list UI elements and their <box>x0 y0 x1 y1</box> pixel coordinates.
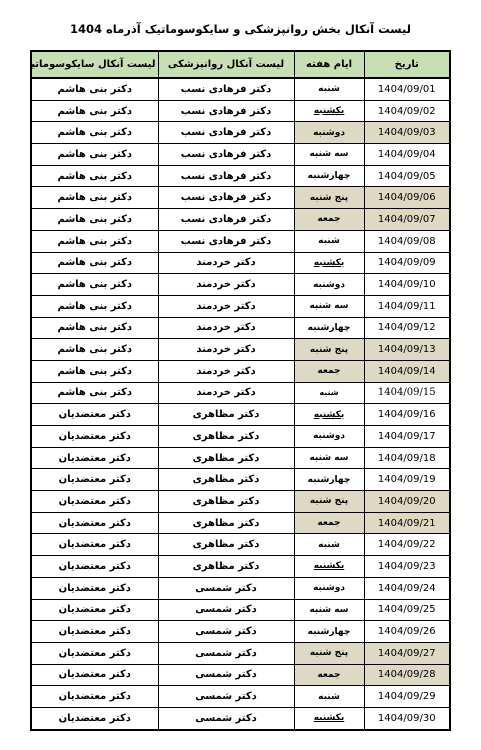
psychiatry-oncall-cell: دکتر خردمند <box>158 339 294 361</box>
date-cell: 1404/09/07 <box>364 209 450 231</box>
date-cell: 1404/09/20 <box>364 491 450 513</box>
table-row: 1404/09/14 جمعه دکتر خردمند دکتر بنی هاش… <box>31 360 450 382</box>
psychosomatic-oncall-cell: دکتر بنی هاشم <box>31 100 158 122</box>
psychiatry-oncall-cell: دکتر خردمند <box>158 274 294 296</box>
weekday-cell: پنج شنبه <box>294 339 364 361</box>
table-row: 1404/09/02 یکشنبه دکتر فرهادی نسب دکتر ب… <box>31 100 450 122</box>
table-row: 1404/09/19 چهارشنبه دکتر مظاهری دکتر معت… <box>31 469 450 491</box>
psychosomatic-oncall-cell: دکتر بنی هاشم <box>31 187 158 209</box>
psychiatry-oncall-cell: دکتر شمسی <box>158 599 294 621</box>
table-row: 1404/09/27 پنج شنبه دکتر شمسی دکتر معتضد… <box>31 642 450 664</box>
weekday-cell: پنج شنبه <box>294 187 364 209</box>
psychosomatic-oncall-cell: دکتر بنی هاشم <box>31 317 158 339</box>
table-row: 1404/09/17 دوشنبه دکتر مظاهری دکتر معتضد… <box>31 426 450 448</box>
psychosomatic-oncall-cell: دکتر معتضدیان <box>31 664 158 686</box>
date-cell: 1404/09/13 <box>364 339 450 361</box>
weekday-cell: شنبه <box>294 78 364 100</box>
psychosomatic-oncall-cell: دکتر بنی هاشم <box>31 295 158 317</box>
psychiatry-oncall-cell: دکتر مظاهری <box>158 512 294 534</box>
psychiatry-oncall-cell: دکتر مظاهری <box>158 469 294 491</box>
date-cell: 1404/09/14 <box>364 360 450 382</box>
oncall-schedule-table: تاریخ ایام هفته لیست آنکال روانپزشکی لیس… <box>30 50 451 731</box>
psychiatry-oncall-cell: دکتر فرهادی نسب <box>158 230 294 252</box>
table-row: 1404/09/21 جمعه دکتر مظاهری دکتر معتضدیا… <box>31 512 450 534</box>
weekday-cell: یکشنبه <box>294 252 364 274</box>
table-row: 1404/09/23 یکشنبه دکتر مظاهری دکتر معتضد… <box>31 556 450 578</box>
psychosomatic-column-header: لیست آنکال سایکوسوماتیک <box>31 51 158 78</box>
weekday-cell: یکشنبه <box>294 404 364 426</box>
psychiatry-oncall-cell: دکتر خردمند <box>158 360 294 382</box>
weekday-cell: پنج شنبه <box>294 491 364 513</box>
weekday-cell: جمعه <box>294 209 364 231</box>
psychiatry-oncall-cell: دکتر خردمند <box>158 317 294 339</box>
table-row: 1404/09/20 پنج شنبه دکتر مظاهری دکتر معت… <box>31 491 450 513</box>
psychosomatic-oncall-cell: دکتر معتضدیان <box>31 426 158 448</box>
date-cell: 1404/09/27 <box>364 642 450 664</box>
psychiatry-column-header: لیست آنکال روانپزشکی <box>158 51 294 78</box>
psychiatry-oncall-cell: دکتر مظاهری <box>158 491 294 513</box>
table-row: 1404/09/22 شنبه دکتر مظاهری دکتر معتضدیا… <box>31 534 450 556</box>
psychosomatic-oncall-cell: دکتر بنی هاشم <box>31 144 158 166</box>
page: لیست آنکال بخش روانپزشکی و سایکوسوماتیک … <box>0 0 481 750</box>
psychiatry-oncall-cell: دکتر فرهادی نسب <box>158 78 294 100</box>
weekday-cell: شنبه <box>294 382 364 404</box>
table-row: 1404/09/24 دوشنبه دکتر شمسی دکتر معتضدیا… <box>31 577 450 599</box>
weekday-cell: یکشنبه <box>294 707 364 729</box>
psychiatry-oncall-cell: دکتر فرهادی نسب <box>158 122 294 144</box>
table-row: 1404/09/01 شنبه دکتر فرهادی نسب دکتر بنی… <box>31 78 450 100</box>
psychiatry-oncall-cell: دکتر مظاهری <box>158 426 294 448</box>
table-row: 1404/09/07 جمعه دکتر فرهادی نسب دکتر بنی… <box>31 209 450 231</box>
weekday-cell: شنبه <box>294 686 364 708</box>
table-row: 1404/09/04 سه شنبه دکتر فرهادی نسب دکتر … <box>31 144 450 166</box>
psychosomatic-oncall-cell: دکتر معتضدیان <box>31 447 158 469</box>
weekday-cell: دوشنبه <box>294 122 364 144</box>
date-cell: 1404/09/24 <box>364 577 450 599</box>
weekday-cell: چهارشنبه <box>294 621 364 643</box>
date-cell: 1404/09/04 <box>364 144 450 166</box>
psychosomatic-oncall-cell: دکتر معتضدیان <box>31 642 158 664</box>
table-row: 1404/09/29 شنبه دکتر شمسی دکتر معتضدیان <box>31 686 450 708</box>
psychosomatic-oncall-cell: دکتر معتضدیان <box>31 577 158 599</box>
table-row: 1404/09/05 چهارشنبه دکتر فرهادی نسب دکتر… <box>31 165 450 187</box>
psychiatry-oncall-cell: دکتر مظاهری <box>158 404 294 426</box>
date-cell: 1404/09/29 <box>364 686 450 708</box>
date-cell: 1404/09/06 <box>364 187 450 209</box>
weekday-cell: چهارشنبه <box>294 317 364 339</box>
psychosomatic-oncall-cell: دکتر معتضدیان <box>31 469 158 491</box>
weekday-cell: سه شنبه <box>294 599 364 621</box>
table-row: 1404/09/18 سه شنبه دکتر مظاهری دکتر معتض… <box>31 447 450 469</box>
psychosomatic-oncall-cell: دکتر بنی هاشم <box>31 360 158 382</box>
date-cell: 1404/09/01 <box>364 78 450 100</box>
date-cell: 1404/09/17 <box>364 426 450 448</box>
psychosomatic-oncall-cell: دکتر بنی هاشم <box>31 78 158 100</box>
table-row: 1404/09/30 یکشنبه دکتر شمسی دکتر معتضدیا… <box>31 707 450 729</box>
psychosomatic-oncall-cell: دکتر بنی هاشم <box>31 209 158 231</box>
date-cell: 1404/09/03 <box>364 122 450 144</box>
weekday-cell: پنج شنبه <box>294 642 364 664</box>
weekday-cell: یکشنبه <box>294 556 364 578</box>
date-cell: 1404/09/11 <box>364 295 450 317</box>
page-title: لیست آنکال بخش روانپزشکی و سایکوسوماتیک … <box>0 0 481 36</box>
weekday-cell: سه شنبه <box>294 447 364 469</box>
psychosomatic-oncall-cell: دکتر معتضدیان <box>31 599 158 621</box>
weekday-cell: سه شنبه <box>294 144 364 166</box>
psychiatry-oncall-cell: دکتر شمسی <box>158 577 294 599</box>
weekday-cell: دوشنبه <box>294 577 364 599</box>
table-row: 1404/09/03 دوشنبه دکتر فرهادی نسب دکتر ب… <box>31 122 450 144</box>
date-cell: 1404/09/08 <box>364 230 450 252</box>
psychosomatic-oncall-cell: دکتر معتضدیان <box>31 404 158 426</box>
weekday-cell: شنبه <box>294 534 364 556</box>
psychosomatic-oncall-cell: دکتر بنی هاشم <box>31 165 158 187</box>
table-row: 1404/09/11 سه شنبه دکتر خردمند دکتر بنی … <box>31 295 450 317</box>
psychiatry-oncall-cell: دکتر خردمند <box>158 295 294 317</box>
psychosomatic-oncall-cell: دکتر بنی هاشم <box>31 252 158 274</box>
psychosomatic-oncall-cell: دکتر معتضدیان <box>31 707 158 729</box>
psychosomatic-oncall-cell: دکتر معتضدیان <box>31 556 158 578</box>
date-cell: 1404/09/15 <box>364 382 450 404</box>
date-cell: 1404/09/18 <box>364 447 450 469</box>
psychiatry-oncall-cell: دکتر شمسی <box>158 621 294 643</box>
table-row: 1404/09/26 چهارشنبه دکتر شمسی دکتر معتضد… <box>31 621 450 643</box>
psychiatry-oncall-cell: دکتر مظاهری <box>158 447 294 469</box>
date-cell: 1404/09/12 <box>364 317 450 339</box>
psychiatry-oncall-cell: دکتر فرهادی نسب <box>158 209 294 231</box>
psychosomatic-oncall-cell: دکتر بنی هاشم <box>31 122 158 144</box>
date-cell: 1404/09/23 <box>364 556 450 578</box>
weekday-column-header: ایام هفته <box>294 51 364 78</box>
weekday-cell: چهارشنبه <box>294 469 364 491</box>
table-row: 1404/09/16 یکشنبه دکتر مظاهری دکتر معتضد… <box>31 404 450 426</box>
table-row: 1404/09/09 یکشنبه دکتر خردمند دکتر بنی ه… <box>31 252 450 274</box>
weekday-cell: جمعه <box>294 512 364 534</box>
table-row: 1404/09/28 جمعه دکتر شمسی دکتر معتضدیان <box>31 664 450 686</box>
date-cell: 1404/09/10 <box>364 274 450 296</box>
date-cell: 1404/09/26 <box>364 621 450 643</box>
psychosomatic-oncall-cell: دکتر معتضدیان <box>31 686 158 708</box>
date-cell: 1404/09/22 <box>364 534 450 556</box>
table-row: 1404/09/06 پنج شنبه دکتر فرهادی نسب دکتر… <box>31 187 450 209</box>
date-column-header: تاریخ <box>364 51 450 78</box>
date-cell: 1404/09/21 <box>364 512 450 534</box>
psychosomatic-oncall-cell: دکتر بنی هاشم <box>31 339 158 361</box>
psychiatry-oncall-cell: دکتر شمسی <box>158 642 294 664</box>
psychosomatic-oncall-cell: دکتر معتضدیان <box>31 512 158 534</box>
psychosomatic-oncall-cell: دکتر معتضدیان <box>31 534 158 556</box>
oncall-table-body: 1404/09/01 شنبه دکتر فرهادی نسب دکتر بنی… <box>31 78 450 730</box>
weekday-cell: شنبه <box>294 230 364 252</box>
weekday-cell: دوشنبه <box>294 274 364 296</box>
psychosomatic-oncall-cell: دکتر معتضدیان <box>31 491 158 513</box>
date-cell: 1404/09/30 <box>364 707 450 729</box>
psychiatry-oncall-cell: دکتر فرهادی نسب <box>158 187 294 209</box>
date-cell: 1404/09/05 <box>364 165 450 187</box>
psychiatry-oncall-cell: دکتر مظاهری <box>158 556 294 578</box>
date-cell: 1404/09/25 <box>364 599 450 621</box>
psychiatry-oncall-cell: دکتر خردمند <box>158 382 294 404</box>
psychiatry-oncall-cell: دکتر شمسی <box>158 664 294 686</box>
table-row: 1404/09/15 شنبه دکتر خردمند دکتر بنی هاش… <box>31 382 450 404</box>
psychiatry-oncall-cell: دکتر شمسی <box>158 686 294 708</box>
psychiatry-oncall-cell: دکتر شمسی <box>158 707 294 729</box>
psychiatry-oncall-cell: دکتر فرهادی نسب <box>158 165 294 187</box>
date-cell: 1404/09/16 <box>364 404 450 426</box>
weekday-cell: یکشنبه <box>294 100 364 122</box>
weekday-cell: سه شنبه <box>294 295 364 317</box>
psychiatry-oncall-cell: دکتر فرهادی نسب <box>158 144 294 166</box>
psychiatry-oncall-cell: دکتر مظاهری <box>158 534 294 556</box>
weekday-cell: چهارشنبه <box>294 165 364 187</box>
psychosomatic-oncall-cell: دکتر بنی هاشم <box>31 230 158 252</box>
table-row: 1404/09/08 شنبه دکتر فرهادی نسب دکتر بنی… <box>31 230 450 252</box>
table-row: 1404/09/25 سه شنبه دکتر شمسی دکتر معتضدی… <box>31 599 450 621</box>
date-cell: 1404/09/02 <box>364 100 450 122</box>
psychiatry-oncall-cell: دکتر خردمند <box>158 252 294 274</box>
psychiatry-oncall-cell: دکتر فرهادی نسب <box>158 100 294 122</box>
date-cell: 1404/09/09 <box>364 252 450 274</box>
table-row: 1404/09/12 چهارشنبه دکتر خردمند دکتر بنی… <box>31 317 450 339</box>
psychosomatic-oncall-cell: دکتر معتضدیان <box>31 621 158 643</box>
psychosomatic-oncall-cell: دکتر بنی هاشم <box>31 274 158 296</box>
date-cell: 1404/09/28 <box>364 664 450 686</box>
weekday-cell: جمعه <box>294 664 364 686</box>
psychosomatic-oncall-cell: دکتر بنی هاشم <box>31 382 158 404</box>
table-row: 1404/09/10 دوشنبه دکتر خردمند دکتر بنی ه… <box>31 274 450 296</box>
weekday-cell: دوشنبه <box>294 426 364 448</box>
date-cell: 1404/09/19 <box>364 469 450 491</box>
table-row: 1404/09/13 پنج شنبه دکتر خردمند دکتر بنی… <box>31 339 450 361</box>
table-header-row: تاریخ ایام هفته لیست آنکال روانپزشکی لیس… <box>31 51 450 78</box>
weekday-cell: جمعه <box>294 360 364 382</box>
